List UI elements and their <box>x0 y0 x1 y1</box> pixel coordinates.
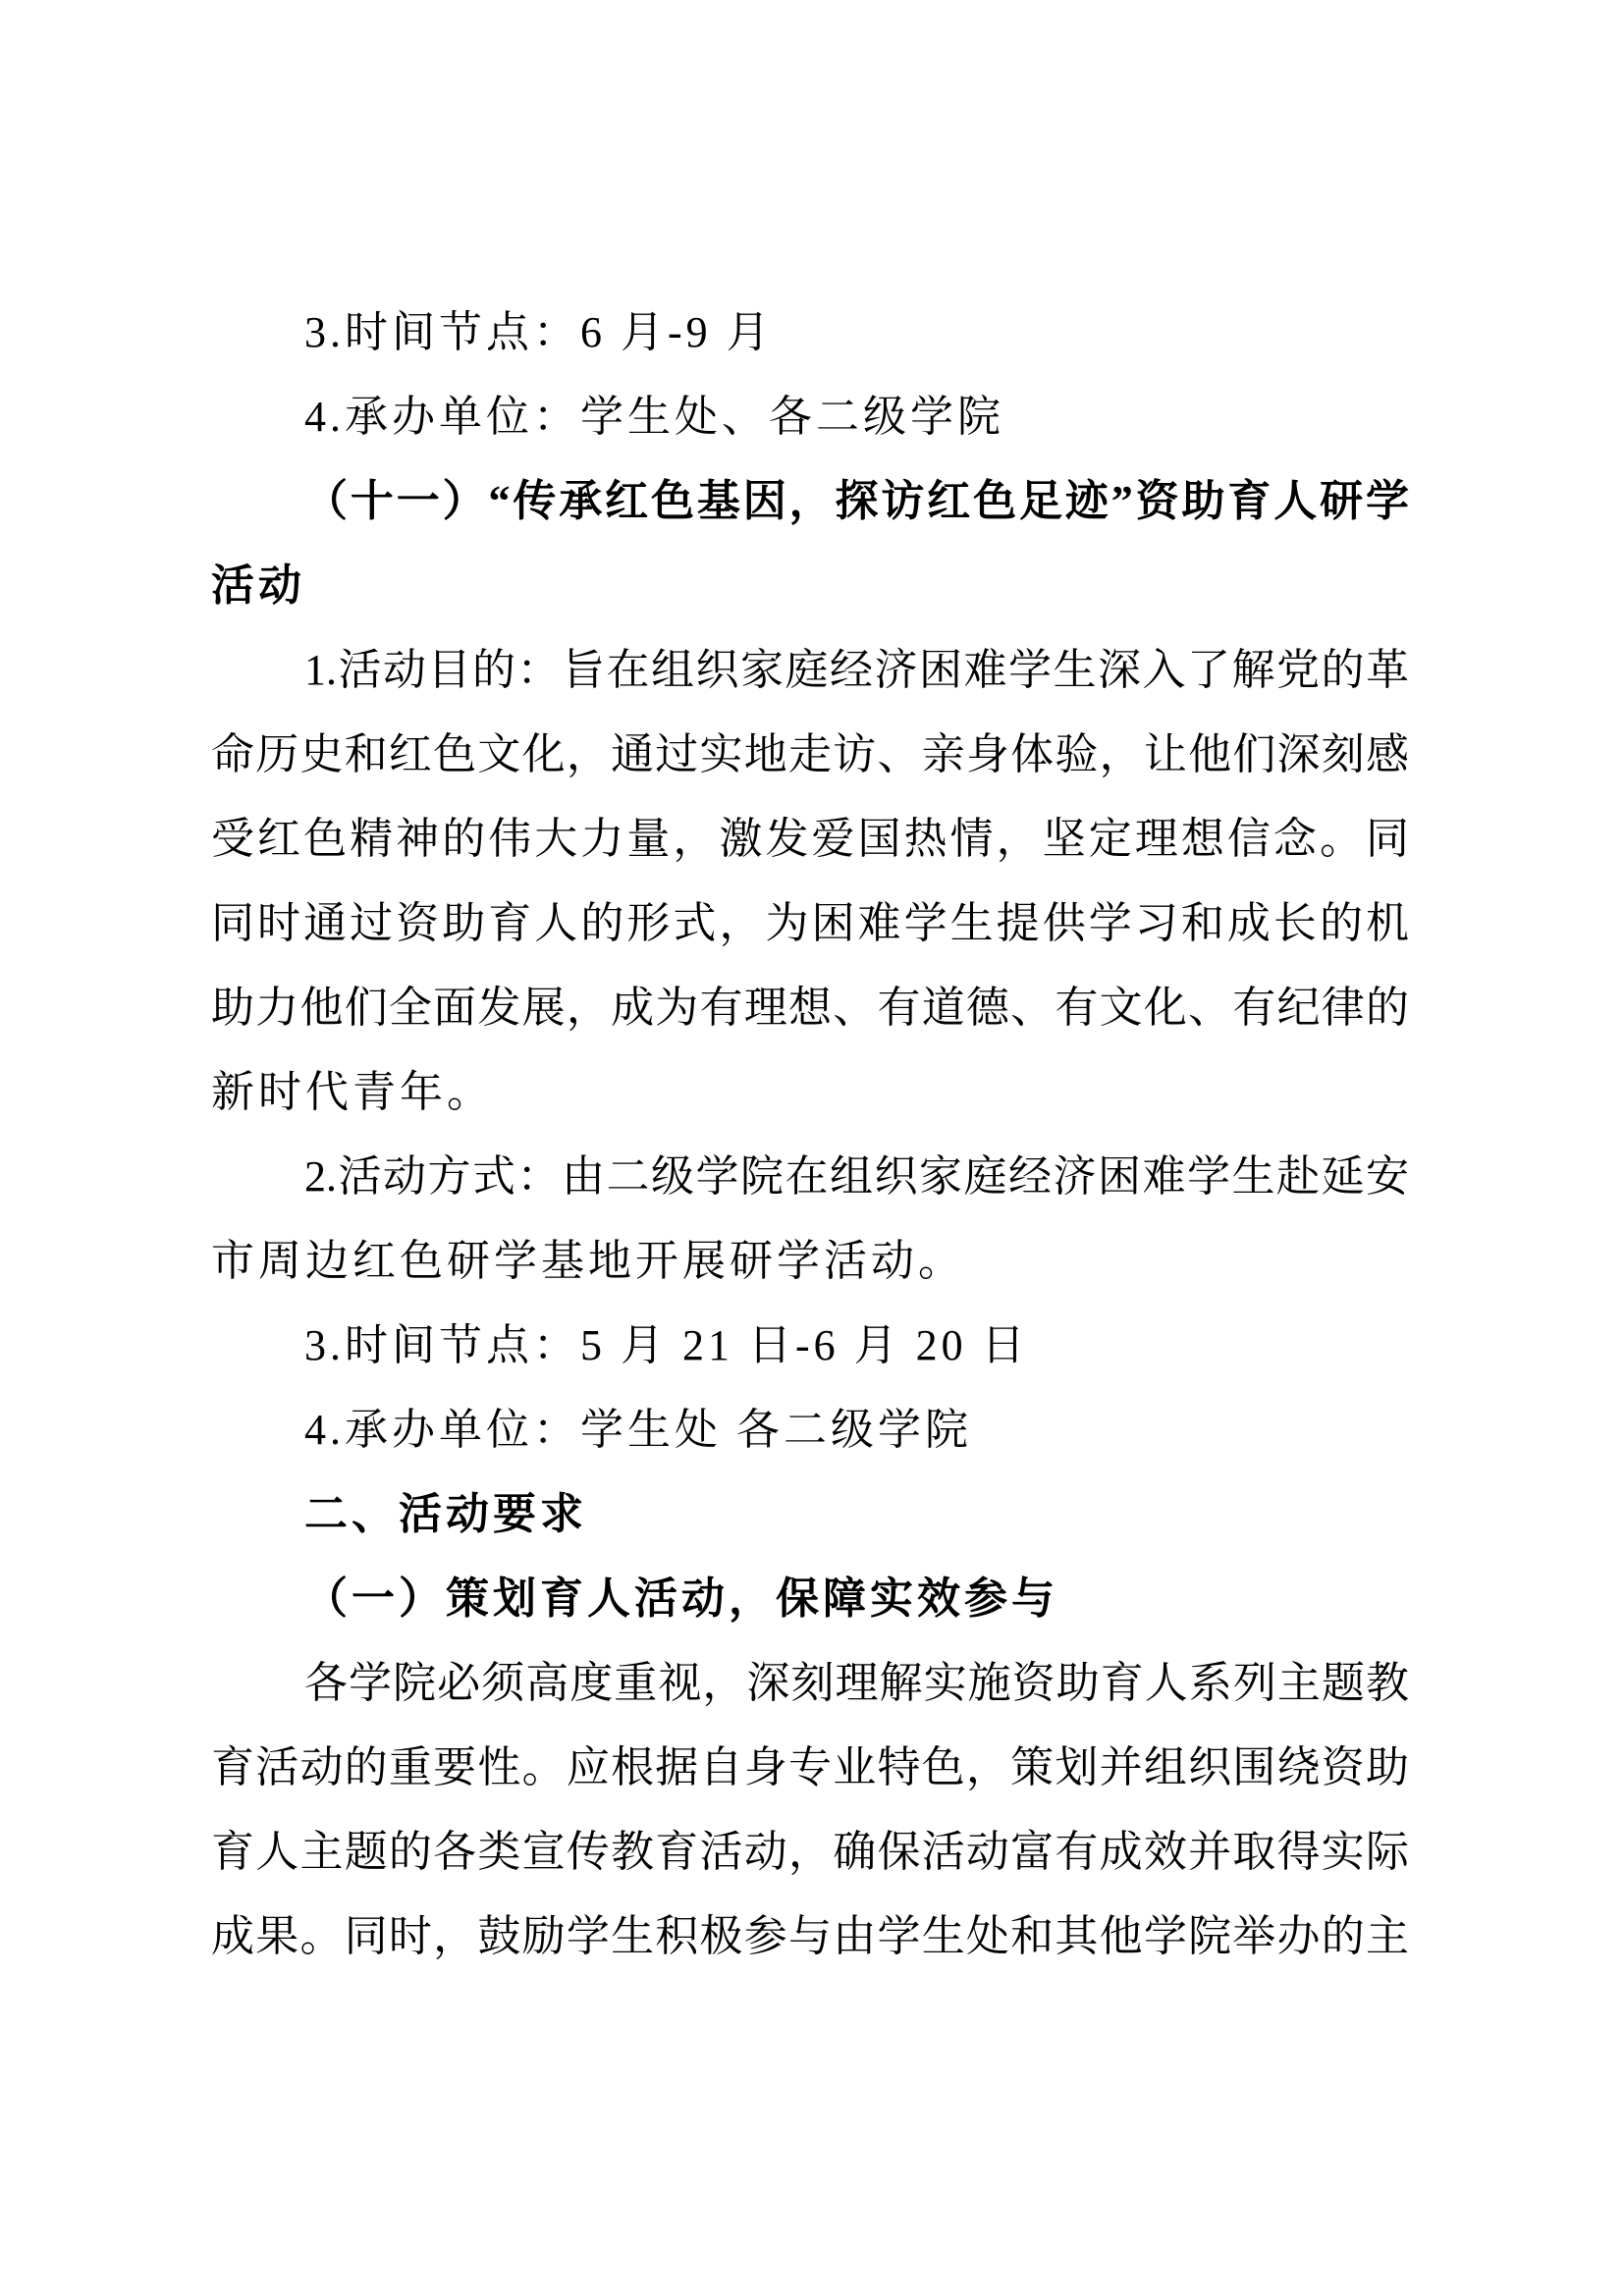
paragraph-purpose-line-6: 新时代青年。 <box>211 1050 1409 1135</box>
paragraph-purpose-line-2: 命历史和红色文化，通过实地走访、亲身体验，让他们深刻感 <box>211 713 1409 797</box>
document-page: 3.时间节点：6 月-9 月 4.承办单位：学生处、各二级学院 （十一）“传承红… <box>0 0 1624 2296</box>
heading-part-2-requirements: 二、活动要求 <box>211 1472 1409 1557</box>
list-item-organizer-section-10: 4.承办单位：学生处、各二级学院 <box>211 375 1409 459</box>
heading-section-11-line-2: 活动 <box>211 544 1409 628</box>
paragraph-purpose-line-1: 1.活动目的：旨在组织家庭经济困难学生深入了解党的革 <box>211 628 1409 713</box>
paragraph-method-line-1: 2.活动方式：由二级学院在组织家庭经济困难学生赴延安 <box>211 1135 1409 1219</box>
heading-section-11-line-1: （十一）“传承红色基因，探访红色足迹”资助育人研学 <box>211 459 1409 544</box>
paragraph-requirement-line-3: 育人主题的各类宣传教育活动，确保活动富有成效并取得实际 <box>211 1810 1409 1895</box>
list-item-time-node-section-10: 3.时间节点：6 月-9 月 <box>211 291 1409 375</box>
paragraph-requirement-line-2: 育活动的重要性。应根据自身专业特色，策划并组织围绕资助 <box>211 1726 1409 1810</box>
document-body: 3.时间节点：6 月-9 月 4.承办单位：学生处、各二级学院 （十一）“传承红… <box>211 291 1409 1979</box>
heading-subsection-1-planning: （一）策划育人活动，保障实效参与 <box>211 1557 1409 1641</box>
paragraph-method-line-2: 市周边红色研学基地开展研学活动。 <box>211 1219 1409 1304</box>
list-item-organizer-section-11: 4.承办单位：学生处 各二级学院 <box>211 1388 1409 1472</box>
paragraph-purpose-line-5: 助力他们全面发展，成为有理想、有道德、有文化、有纪律的 <box>211 966 1409 1050</box>
paragraph-requirement-line-4: 成果。同时，鼓励学生积极参与由学生处和其他学院举办的主 <box>211 1895 1409 1979</box>
paragraph-purpose-line-4: 同时通过资助育人的形式，为困难学生提供学习和成长的机会， <box>211 881 1409 966</box>
list-item-time-node-section-11: 3.时间节点：5 月 21 日-6 月 20 日 <box>211 1304 1409 1388</box>
paragraph-purpose-line-3: 受红色精神的伟大力量，激发爱国热情，坚定理想信念。同时， <box>211 797 1409 881</box>
paragraph-requirement-line-1: 各学院必须高度重视，深刻理解实施资助育人系列主题教 <box>211 1641 1409 1726</box>
